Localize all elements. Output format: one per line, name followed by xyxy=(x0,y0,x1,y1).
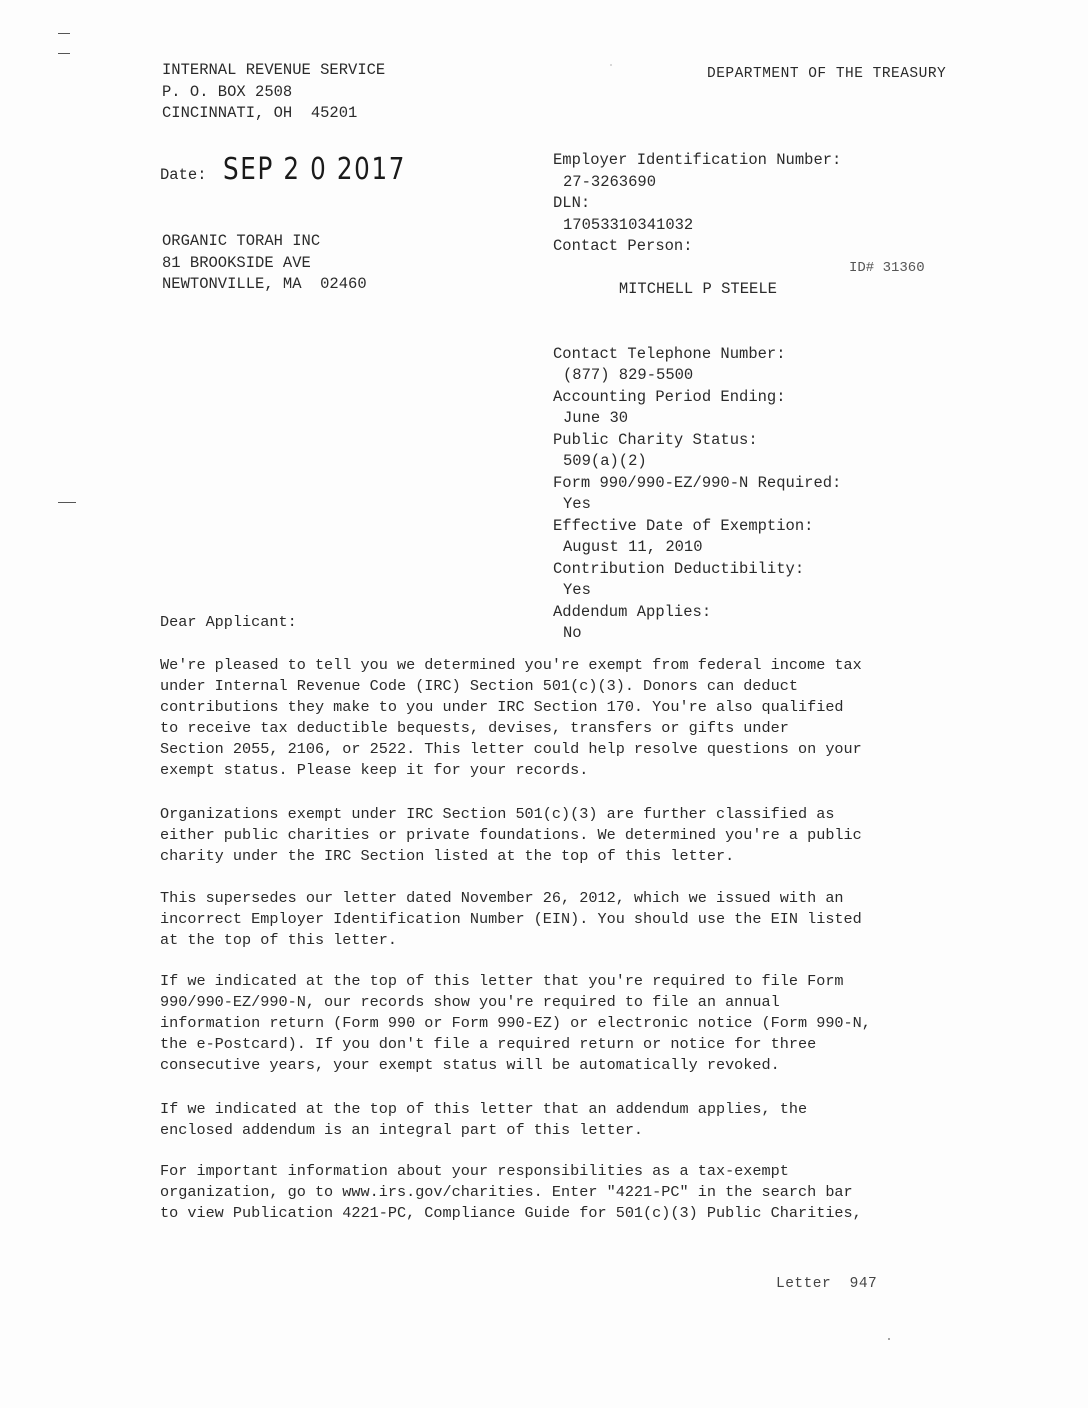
date-line: Date: SEP 2 0 2017 xyxy=(160,152,446,187)
paragraph: We're pleased to tell you we determined … xyxy=(160,655,960,781)
paragraph-line: contributions they make to you under IRC… xyxy=(160,697,960,718)
paragraph-line: organization, go to www.irs.gov/charitie… xyxy=(160,1182,960,1203)
date-label: Date: xyxy=(160,166,207,184)
paragraph-line: either public charities or private found… xyxy=(160,825,960,846)
charity-status-value: 509(a)(2) xyxy=(553,451,973,473)
charity-status-label: Public Charity Status: xyxy=(553,430,973,452)
contact-id: ID# 31360 xyxy=(849,258,925,280)
paragraph-line: the e-Postcard). If you don't file a req… xyxy=(160,1034,960,1055)
paragraph-line: incorrect Employer Identification Number… xyxy=(160,909,960,930)
paragraph-line: This supersedes our letter dated Novembe… xyxy=(160,888,960,909)
deductibility-label: Contribution Deductibility: xyxy=(553,559,973,581)
paragraph-line: at the top of this letter. xyxy=(160,930,960,951)
phone-value: (877) 829-5500 xyxy=(553,365,973,387)
form-required-value: Yes xyxy=(553,494,973,516)
paragraph-line: under Internal Revenue Code (IRC) Sectio… xyxy=(160,676,960,697)
ein-label: Employer Identification Number: xyxy=(553,150,973,172)
binding-mark xyxy=(58,53,70,54)
period-value: June 30 xyxy=(553,408,973,430)
paragraph: For important information about your res… xyxy=(160,1161,960,1224)
paragraph-line: For important information about your res… xyxy=(160,1161,960,1182)
recipient-line: 81 BROOKSIDE AVE xyxy=(162,253,367,275)
letter-number: Letter 947 xyxy=(776,1276,877,1292)
effective-date-label: Effective Date of Exemption: xyxy=(553,516,973,538)
paragraph-line: information return (Form 990 or Form 990… xyxy=(160,1013,960,1034)
recipient-line: ORGANIC TORAH INC xyxy=(162,231,367,253)
period-label: Accounting Period Ending: xyxy=(553,387,973,409)
paragraph: If we indicated at the top of this lette… xyxy=(160,971,960,1076)
date-stamp: SEP 2 0 2017 xyxy=(223,152,406,187)
scan-speck xyxy=(610,64,612,66)
recipient-line: NEWTONVILLE, MA 02460 xyxy=(162,274,367,296)
scan-speck xyxy=(888,1338,890,1340)
paragraph-line: If we indicated at the top of this lette… xyxy=(160,1099,960,1120)
binding-mark xyxy=(58,502,76,503)
salutation: Dear Applicant: xyxy=(160,612,960,633)
sender-line: P. O. BOX 2508 xyxy=(162,82,385,104)
contact-row: MITCHELL P STEELE ID# 31360 xyxy=(553,258,973,344)
paragraph: Organizations exempt under IRC Section 5… xyxy=(160,804,960,867)
paragraph-line: 990/990-EZ/990-N, our records show you'r… xyxy=(160,992,960,1013)
contact-label: Contact Person: xyxy=(553,236,973,258)
paragraph-line: enclosed addendum is an integral part of… xyxy=(160,1120,960,1141)
sender-line: CINCINNATI, OH 45201 xyxy=(162,103,385,125)
form-required-label: Form 990/990-EZ/990-N Required: xyxy=(553,473,973,495)
paragraph: If we indicated at the top of this lette… xyxy=(160,1099,960,1141)
sender-address: INTERNAL REVENUE SERVICE P. O. BOX 2508 … xyxy=(162,60,385,125)
letter-page: INTERNAL REVENUE SERVICE P. O. BOX 2508 … xyxy=(0,0,1088,1408)
paragraph-line: consecutive years, your exempt status wi… xyxy=(160,1055,960,1076)
paragraph-line: Section 2055, 2106, or 2522. This letter… xyxy=(160,739,960,760)
department-heading: DEPARTMENT OF THE TREASURY xyxy=(707,66,946,82)
paragraph-line: We're pleased to tell you we determined … xyxy=(160,655,960,676)
paragraph-line: charity under the IRC Section listed at … xyxy=(160,846,960,867)
info-block: Employer Identification Number: 27-32636… xyxy=(553,150,973,645)
ein-value: 27-3263690 xyxy=(553,172,973,194)
dln-label: DLN: xyxy=(553,193,973,215)
sender-line: INTERNAL REVENUE SERVICE xyxy=(162,60,385,82)
paragraph-line: to receive tax deductible bequests, devi… xyxy=(160,718,960,739)
paragraph-line: exempt status. Please keep it for your r… xyxy=(160,760,960,781)
dln-value: 17053310341032 xyxy=(553,215,973,237)
recipient-address: ORGANIC TORAH INC 81 BROOKSIDE AVE NEWTO… xyxy=(162,231,367,296)
paragraph-line: Organizations exempt under IRC Section 5… xyxy=(160,804,960,825)
paragraph: This supersedes our letter dated Novembe… xyxy=(160,888,960,951)
effective-date-value: August 11, 2010 xyxy=(553,537,973,559)
salutation-text: Dear Applicant: xyxy=(160,612,960,633)
deductibility-value: Yes xyxy=(553,580,973,602)
paragraph-line: If we indicated at the top of this lette… xyxy=(160,971,960,992)
phone-label: Contact Telephone Number: xyxy=(553,344,973,366)
contact-value: MITCHELL P STEELE xyxy=(619,280,777,298)
paragraph-line: to view Publication 4221-PC, Compliance … xyxy=(160,1203,960,1224)
binding-mark xyxy=(58,33,70,34)
